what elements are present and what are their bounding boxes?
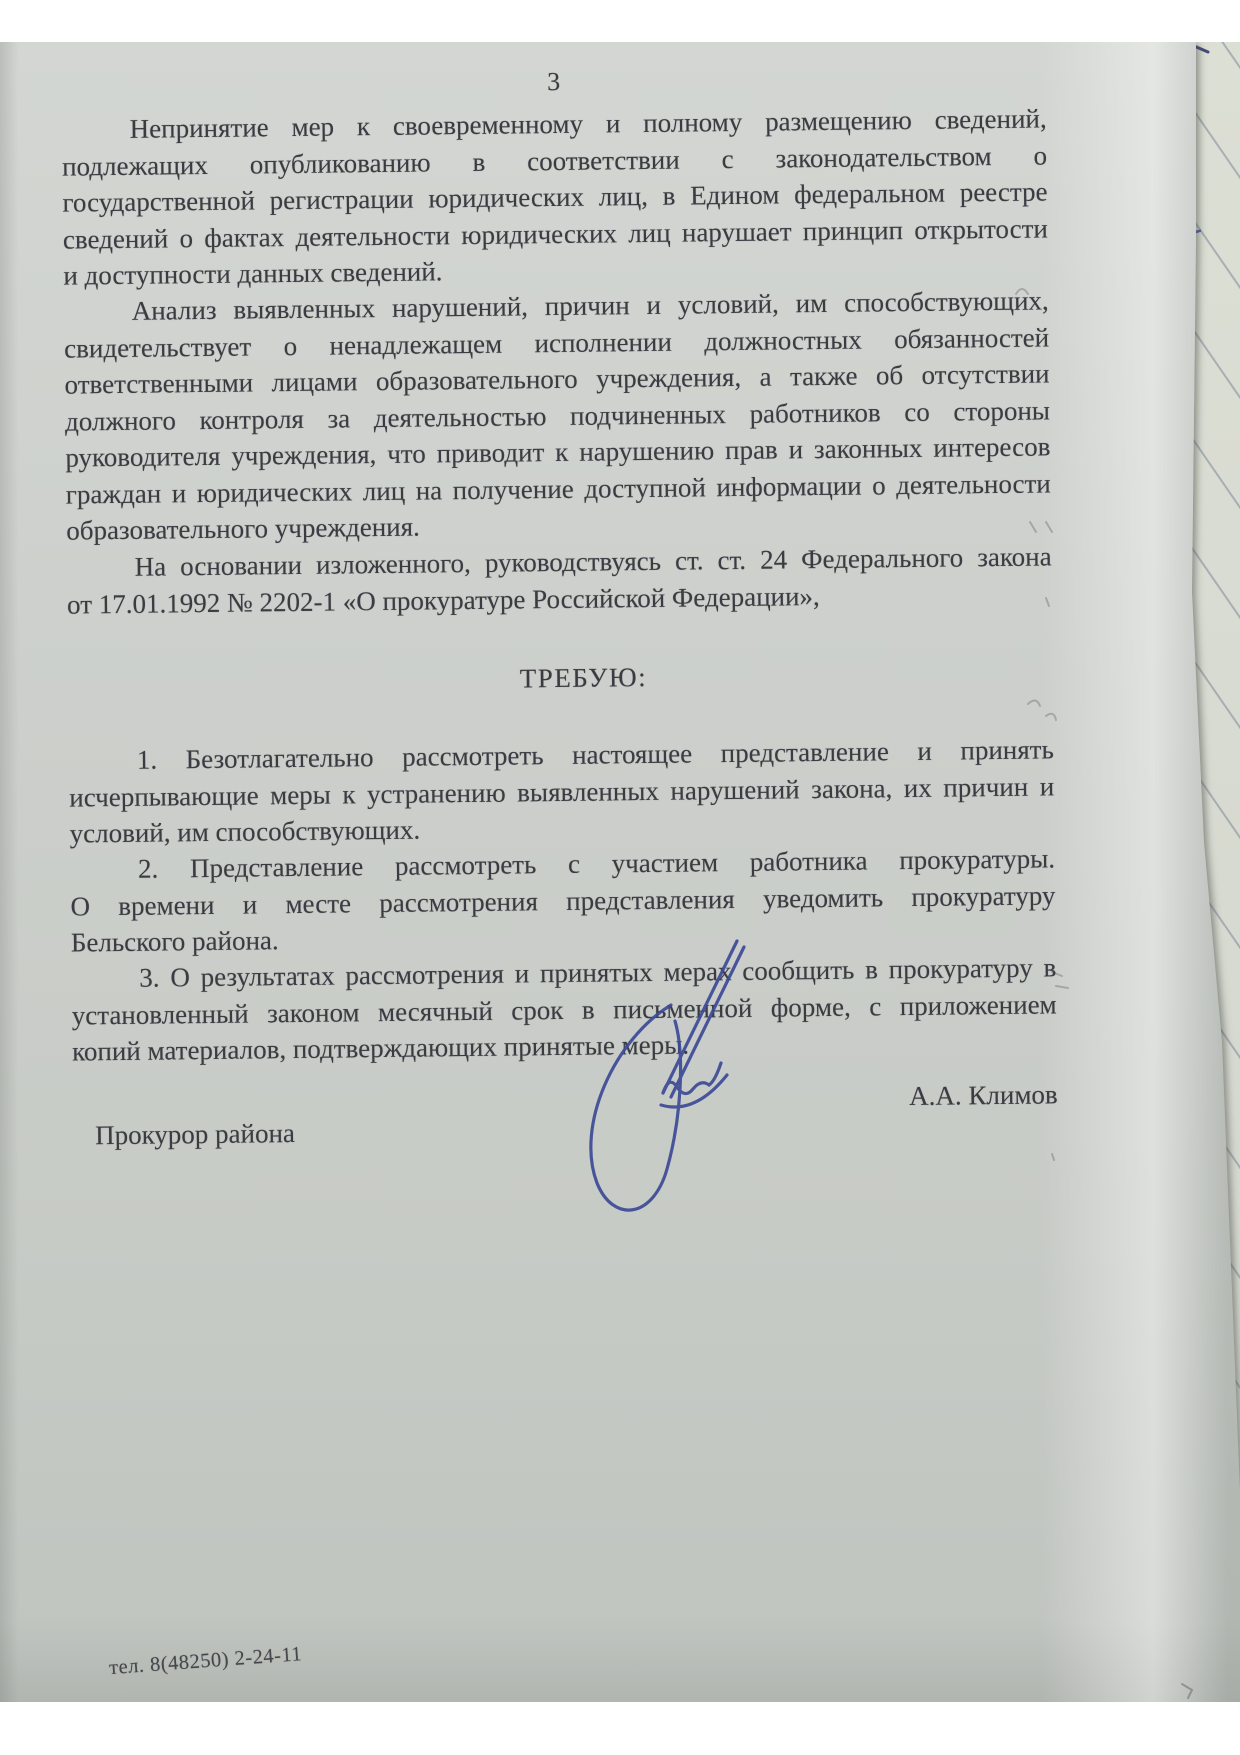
paragraph-3: На основании изложенного, руководствуясь… xyxy=(66,538,1052,622)
demand-heading: ТРЕБУЮ: xyxy=(68,654,1053,702)
page-edge-shadow: 3 Непринятие мер к своевременному и полн… xyxy=(0,42,1240,1702)
demand-item-1: 1. Безотлагательно рассмотреть настоящее… xyxy=(69,731,1055,852)
typed-text-layer: 3 Непринятие мер к своевременному и полн… xyxy=(61,42,1065,1702)
paragraph-2: Анализ выявленных нарушений, причин и ус… xyxy=(64,282,1052,549)
footer-phone: тел. 8(48250) 2-24-11 xyxy=(108,1629,410,1687)
paragraph-1: Непринятие мер к своевременному и полном… xyxy=(61,100,1048,294)
page-number: 3 xyxy=(61,58,1046,106)
signature-name: А.А. Климов xyxy=(798,1076,1058,1115)
document-page: 3 Непринятие мер к своевременному и полн… xyxy=(0,42,1240,1702)
document-photo: 3 Непринятие мер к своевременному и полн… xyxy=(0,42,1240,1702)
scanned-document-photo: { "page": { "number": "3", "paragraphs":… xyxy=(0,0,1240,1755)
signature-title: Прокурор района xyxy=(95,1114,395,1154)
signature-ink xyxy=(545,935,765,1245)
